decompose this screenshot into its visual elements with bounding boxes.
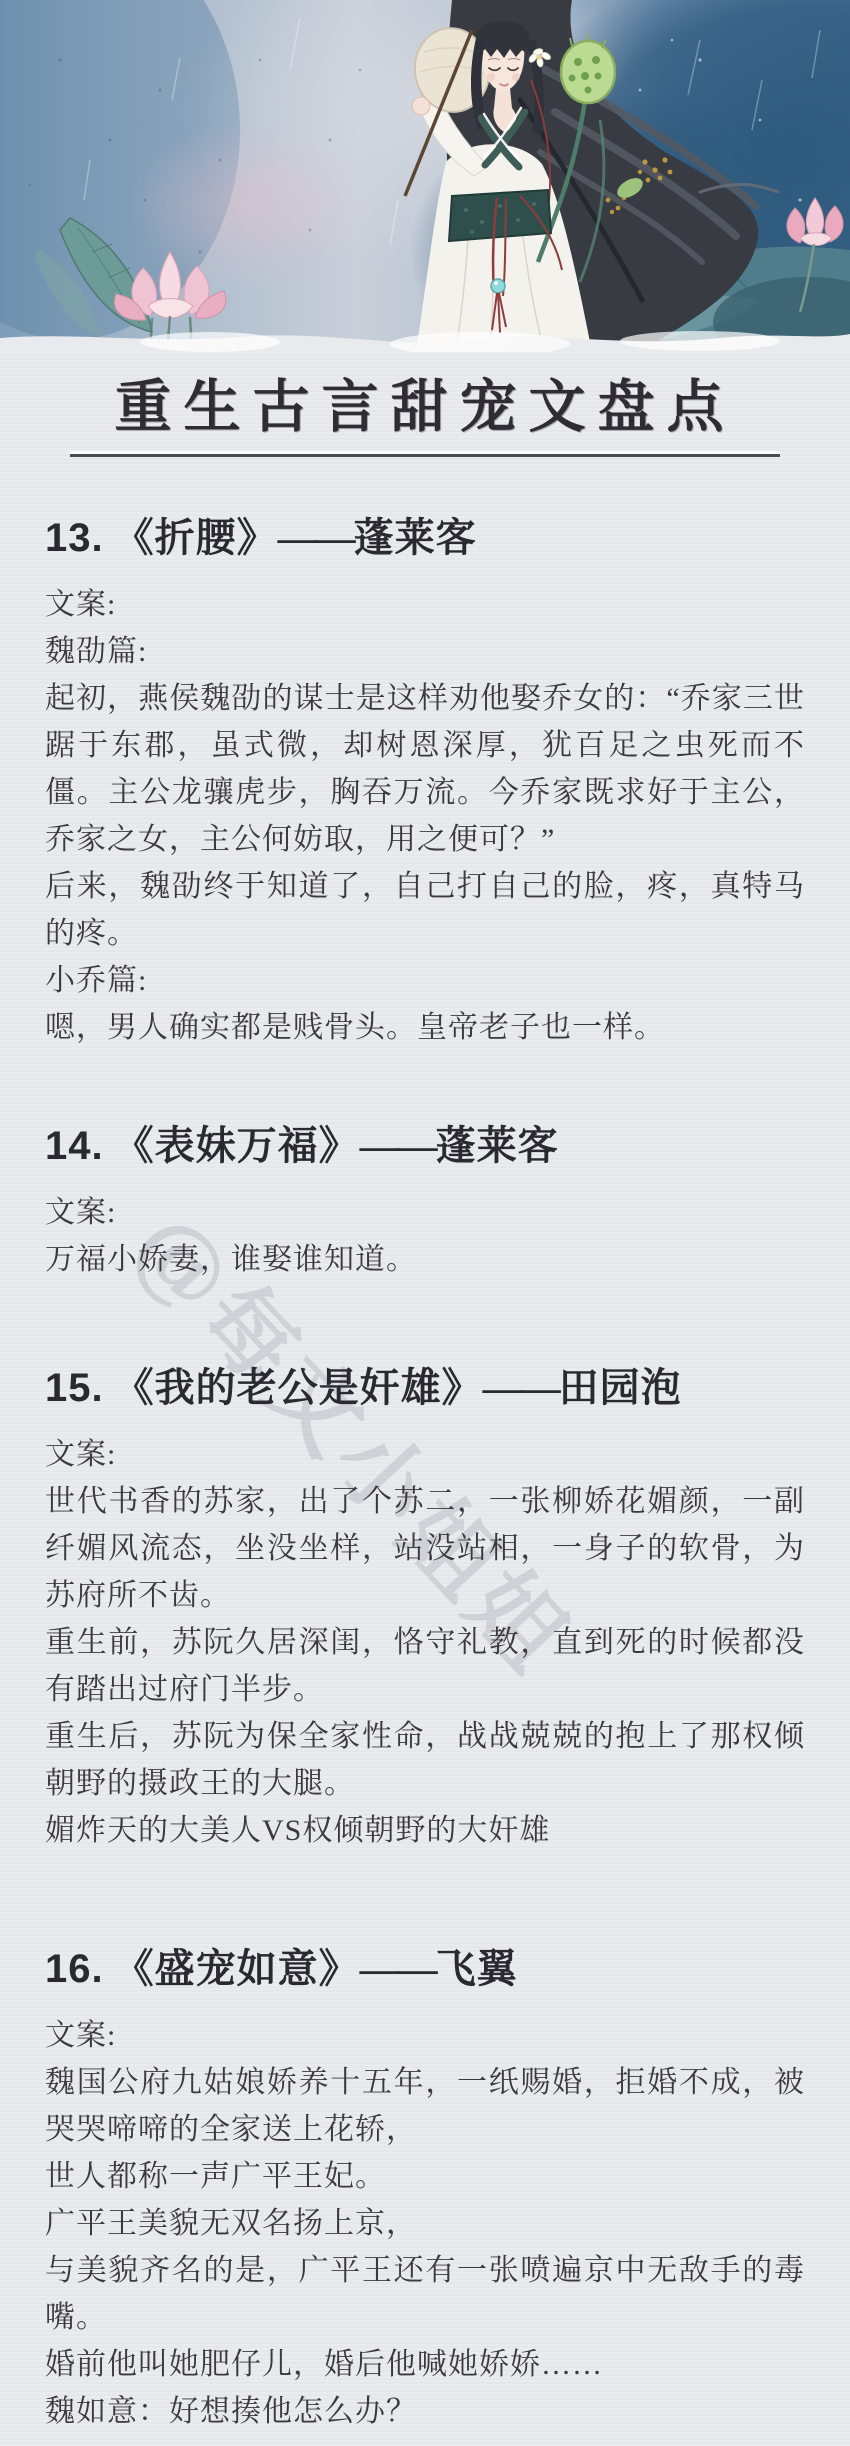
paragraph: 魏国公府九姑娘娇养十五年，一纸赐婚，拒婚不成，被哭哭啼啼的全家送上花轿， (45, 2059, 805, 2153)
header-illustration (0, 0, 850, 352)
book-entry-14: 14.《表妹万福》——蓬莱客 文案: 万福小娇妻，谁娶谁知道。 (45, 1123, 805, 1283)
copy-label: 文案: (45, 1189, 805, 1236)
paragraph: 广平王美貌无双名扬上京， (45, 2200, 805, 2247)
book-entry-13: 13.《折腰》——蓬莱客 文案: 魏劭篇: 起初，燕侯魏劭的谋士是这样劝他娶乔女… (45, 515, 805, 1051)
paragraph: 媚炸天的大美人VS权倾朝野的大奸雄 (45, 1807, 805, 1854)
book-list: 13.《折腰》——蓬莱客 文案: 魏劭篇: 起初，燕侯魏劭的谋士是这样劝他娶乔女… (0, 515, 850, 2445)
paragraph: 后来，魏劭终于知道了，自己打自己的脸，疼，真特马的疼。 (45, 863, 805, 957)
entry-heading: 16.《盛宠如意》——飞翼 (45, 1946, 805, 1992)
entry-author: 田园泡 (559, 1365, 682, 1410)
book-entry-16: 16.《盛宠如意》——飞翼 文案: 魏国公府九姑娘娇养十五年，一纸赐婚，拒婚不成… (45, 1946, 805, 2435)
copy-label: 文案: (45, 2012, 805, 2059)
paragraph: 重生后，苏阮为保全家性命，战战兢兢的抱上了那权倾朝野的摄政王的大腿。 (45, 1713, 805, 1807)
paragraph: 万福小娇妻，谁娶谁知道。 (45, 1236, 805, 1283)
entry-dash: —— (278, 515, 354, 560)
entry-dash: —— (483, 1365, 559, 1410)
paragraph: 世人都称一声广平王妃。 (45, 2153, 805, 2200)
entry-book-title: 《表妹万福》 (114, 1123, 360, 1168)
page-title: 重生古言甜宠文盘点 (0, 378, 850, 438)
paragraph: 起初，燕侯魏劭的谋士是这样劝他娶乔女的：“乔家三世踞于东郡，虽式微，却树恩深厚，… (45, 675, 805, 863)
title-divider (70, 454, 780, 457)
entry-heading: 15.《我的老公是奸雄》——田园泡 (45, 1365, 805, 1411)
entry-number: 13. (45, 516, 104, 560)
paragraph: 与美貌齐名的是，广平王还有一张喷遍京中无敌手的毒嘴。 (45, 2247, 805, 2341)
paragraph: 婚前他叫她肥仔儿，婚后他喊她娇娇…… (45, 2341, 805, 2388)
entry-book-title: 《盛宠如意》 (114, 1946, 360, 1991)
illustration-canvas (0, 0, 850, 352)
long-image-page: 重生古言甜宠文盘点 @每文小姐姐 13.《折腰》——蓬莱客 文案: 魏劭篇: 起… (0, 0, 850, 2446)
section-label: 小乔篇: (45, 957, 805, 1004)
entry-dash: —— (360, 1123, 436, 1168)
entry-number: 16. (45, 1947, 104, 1991)
section-label: 魏劭篇: (45, 628, 805, 675)
entry-number: 15. (45, 1366, 104, 1410)
entry-book-title: 《折腰》 (114, 515, 278, 560)
entry-author: 蓬莱客 (354, 515, 477, 560)
entry-author: 蓬莱客 (436, 1123, 559, 1168)
entry-book-title: 《我的老公是奸雄》 (114, 1365, 483, 1410)
paragraph: 重生前，苏阮久居深闺，恪守礼教，直到死的时候都没有踏出过府门半步。 (45, 1619, 805, 1713)
entry-number: 14. (45, 1124, 104, 1168)
paragraph: 嗯，男人确实都是贱骨头。皇帝老子也一样。 (45, 1004, 805, 1051)
book-entry-15: 15.《我的老公是奸雄》——田园泡 文案: 世代书香的苏家，出了个苏二，一张柳娇… (45, 1365, 805, 1854)
copy-label: 文案: (45, 1431, 805, 1478)
paragraph: 世代书香的苏家，出了个苏二，一张柳娇花媚颜，一副纤媚风流态，坐没坐样，站没站相，… (45, 1478, 805, 1619)
entry-author: 飞翼 (436, 1946, 518, 1991)
jade-bead (491, 279, 505, 293)
paragraph: 魏如意：好想揍他怎么办？ (45, 2388, 805, 2435)
entry-heading: 14.《表妹万福》——蓬莱客 (45, 1123, 805, 1169)
copy-label: 文案: (45, 581, 805, 628)
entry-dash: —— (360, 1946, 436, 1991)
entry-heading: 13.《折腰》——蓬莱客 (45, 515, 805, 561)
hand (412, 97, 430, 115)
